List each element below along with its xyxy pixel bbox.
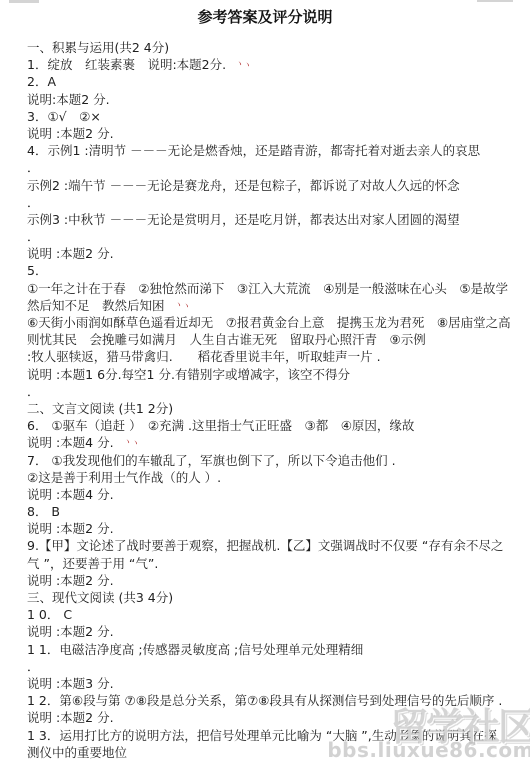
answer-line: 说明 :本题2 分. — [27, 709, 527, 726]
answer-line: 三、现代文阅读 (共3 4分) — [27, 589, 527, 606]
page-title: 参考答案及评分说明 — [0, 6, 530, 27]
answer-line-text: 说明 :本题2 分. — [27, 624, 114, 639]
answer-line: ②这是善于利用士气作战（的人 ）. — [27, 469, 527, 486]
answer-line-text: :牧人驱犊返，猎马带禽归. 稻花香里说丰年，听取蛙声一片 . — [27, 349, 381, 364]
answer-line: 示例3 :中秋节 －－－无论是赏明月，还是吃月饼，都表达出对家人团圆的渴望 — [27, 211, 527, 228]
answer-line: 1 1．电磁洁净度高 ;传感器灵敏度高 ;信号处理单元处理精细 — [27, 641, 527, 658]
answer-line: 测仪中的重要地位 — [27, 744, 527, 761]
answer-line: 说明 :本题2 分. — [27, 520, 527, 537]
answer-line-text: 1 3．运用打比方的说明方法，把信号处理单元比喻为 “大脑 ”,生动形象的说明其… — [27, 728, 497, 743]
scan-artifact-top-right — [477, 0, 513, 2]
answer-line: 说明 :本题3 分. — [27, 675, 527, 692]
answer-line: 说明 :本题1 6分.每空1 分.有错别字或增减字，该空不得分 — [27, 366, 527, 383]
answer-line-text: ． — [27, 659, 40, 674]
answer-line-text: ①一年之计在于春 ②独怆然而涕下 ③江入大荒流 ④别是一般滋味在心头 ⑤是故学 — [27, 281, 508, 296]
answer-line: ． — [27, 658, 527, 675]
answer-line: 二、文言文阅读 (共1 2分) — [27, 400, 527, 417]
answer-line: 说明 :本题4 分.ヽヽ — [27, 434, 527, 451]
answer-line: 说明 :本题2 分. — [27, 623, 527, 640]
answer-line-text: 说明 :本题4 分. — [27, 435, 114, 450]
answer-line-text: 说明 :本题2 分. — [27, 573, 114, 588]
answer-line-text: 8． B — [27, 504, 60, 519]
answer-line-text: ②这是善于利用士气作战（的人 ）. — [27, 470, 221, 485]
answer-line-text: 说明 :本题1 6分.每空1 分.有错别字或增减字，该空不得分 — [27, 367, 350, 382]
answer-line-text: 1 2．第⑥段与第 ⑦⑧段是总分关系，第⑦⑧段具有从探测信号到处理信号的先后顺序… — [27, 693, 502, 708]
answer-line: ． — [27, 159, 527, 176]
answer-line: 3．①√ ②× — [27, 108, 527, 125]
answer-line-text: 示例3 :中秋节 －－－无论是赏明月，还是吃月饼，都表达出对家人团圆的渴望 — [27, 212, 460, 227]
answer-line-text: 说明 :本题4 分. — [27, 487, 114, 502]
answer-line: ． — [27, 228, 527, 245]
answer-sheet-page: 参考答案及评分说明 一、积累与运用(共2 4分)1．绽放 红装素裹 说明:本题2… — [0, 0, 530, 761]
answer-line: :牧人驱犊返，猎马带禽归. 稻花香里说丰年，听取蛙声一片 . — [27, 348, 527, 365]
answer-line: 说明:本题2 分. — [27, 91, 527, 108]
answer-line: 说明 :本题2 分. — [27, 245, 527, 262]
answer-line: 说明 :本题2 分. — [27, 125, 527, 142]
answer-line-text: 说明 :本题2 分. — [27, 521, 114, 536]
answer-line-text: 4．示例1 :清明节 －－－无论是燃香烛，还是踏青游，都寄托着对逝去亲人的哀思 — [27, 143, 480, 158]
answer-lines: 一、积累与运用(共2 4分)1．绽放 红装素裹 说明:本题2分.ヽヽ2．A说明:… — [27, 39, 527, 761]
answer-line-text: 6． ①驱车（追赶 ） ②充满 .这里指士气正旺盛 ③都 ④原因，缘故 — [27, 418, 414, 433]
answer-line-text: 然后知不足 教然后知困 — [27, 298, 165, 313]
answer-line-text: ． — [27, 384, 40, 399]
answer-line: 则忧其民 会挽雕弓如满月 人生自古谁无死 留取丹心照汗青 ⑨示例 — [27, 331, 527, 348]
answer-line: 1 3．运用打比方的说明方法，把信号处理单元比喻为 “大脑 ”,生动形象的说明其… — [27, 727, 527, 744]
answer-line-text: ． — [27, 229, 40, 244]
answer-line-text: 说明 :本题2 分. — [27, 246, 114, 261]
answer-line-text: 3．①√ ②× — [27, 109, 101, 124]
answer-line-text: ． — [27, 195, 40, 210]
answer-line-text: ． — [27, 160, 40, 175]
answer-line: 然后知不足 教然后知困ヽヽ — [27, 297, 527, 314]
answer-line: ①一年之计在于春 ②独怆然而涕下 ③江入大荒流 ④别是一般滋味在心头 ⑤是故学 — [27, 280, 527, 297]
scan-artifact-top-left — [9, 0, 39, 3]
answer-line-text: 气 ”，还要善于用 “气”. — [27, 556, 158, 571]
red-check-mark-icon: ヽヽ — [121, 434, 139, 453]
answer-line: 8． B — [27, 503, 527, 520]
answer-line: 5． — [27, 262, 527, 279]
answer-line: 示例2 :端午节 －－－无论是赛龙舟，还是包粽子，都诉说了对故人久远的怀念 — [27, 177, 527, 194]
answer-line: 1．绽放 红装素裹 说明:本题2分.ヽヽ — [27, 56, 527, 73]
answer-line-text: 7． ①我发现他们的车辙乱了，军旗也倒下了，所以下令追击他们 . — [27, 453, 396, 468]
answer-line: 7． ①我发现他们的车辙乱了，军旗也倒下了，所以下令追击他们 . — [27, 452, 527, 469]
answer-line: ⑥天街小雨润如酥草色遥看近却无 ⑦报君黄金台上意 提携玉龙为君死 ⑧居庙堂之高 — [27, 314, 527, 331]
answer-line-text: 9.【甲】文论述了战时要善于观察，把握战机.【乙】文强调战时不仅要 “存有余不尽… — [27, 538, 503, 553]
answer-line: 1 0． C — [27, 606, 527, 623]
answer-line: ． — [27, 383, 527, 400]
answer-line-text: 三、现代文阅读 (共3 4分) — [27, 590, 173, 605]
answer-line-text: ⑥天街小雨润如酥草色遥看近却无 ⑦报君黄金台上意 提携玉龙为君死 ⑧居庙堂之高 — [27, 315, 511, 330]
answer-line-text: 说明 :本题2 分. — [27, 126, 114, 141]
answer-line: 说明 :本题4 分. — [27, 486, 527, 503]
answer-line: 一、积累与运用(共2 4分) — [27, 39, 527, 56]
answer-line-text: 2．A — [27, 74, 56, 89]
answer-line: 说明 :本题2 分. — [27, 572, 527, 589]
answer-line-text: 则忧其民 会挽雕弓如满月 人生自古谁无死 留取丹心照汗青 ⑨示例 — [27, 332, 426, 347]
answer-line: 气 ”，还要善于用 “气”. — [27, 555, 527, 572]
answer-line-text: 示例2 :端午节 －－－无论是赛龙舟，还是包粽子，都诉说了对故人久远的怀念 — [27, 178, 460, 193]
answer-line: 9.【甲】文论述了战时要善于观察，把握战机.【乙】文强调战时不仅要 “存有余不尽… — [27, 537, 527, 554]
answer-line-text: 一、积累与运用(共2 4分) — [27, 40, 169, 55]
answer-line-text: 1．绽放 红装素裹 说明:本题2分. — [27, 57, 226, 72]
answer-line-text: 说明 :本题3 分. — [27, 676, 114, 691]
answer-line-text: 1 1．电磁洁净度高 ;传感器灵敏度高 ;信号处理单元处理精细 — [27, 642, 363, 657]
answer-line-text: 说明:本题2 分. — [27, 92, 110, 107]
answer-line: 4．示例1 :清明节 －－－无论是燃香烛，还是踏青游，都寄托着对逝去亲人的哀思 — [27, 142, 527, 159]
red-check-mark-icon: ヽヽ — [234, 56, 252, 75]
answer-line: ． — [27, 194, 527, 211]
answer-line: 6． ①驱车（追赶 ） ②充满 .这里指士气正旺盛 ③都 ④原因，缘故 — [27, 417, 527, 434]
answer-line-text: 1 0． C — [27, 607, 72, 622]
answer-line: 2．A — [27, 73, 527, 90]
answer-line-text: 测仪中的重要地位 — [27, 745, 127, 760]
answer-line-text: 二、文言文阅读 (共1 2分) — [27, 401, 173, 416]
answer-line-text: 5． — [27, 263, 47, 278]
answer-line: 1 2．第⑥段与第 ⑦⑧段是总分关系，第⑦⑧段具有从探测信号到处理信号的先后顺序… — [27, 692, 527, 709]
red-check-mark-icon: ヽヽ — [172, 297, 190, 316]
answer-line-text: 说明 :本题2 分. — [27, 710, 114, 725]
